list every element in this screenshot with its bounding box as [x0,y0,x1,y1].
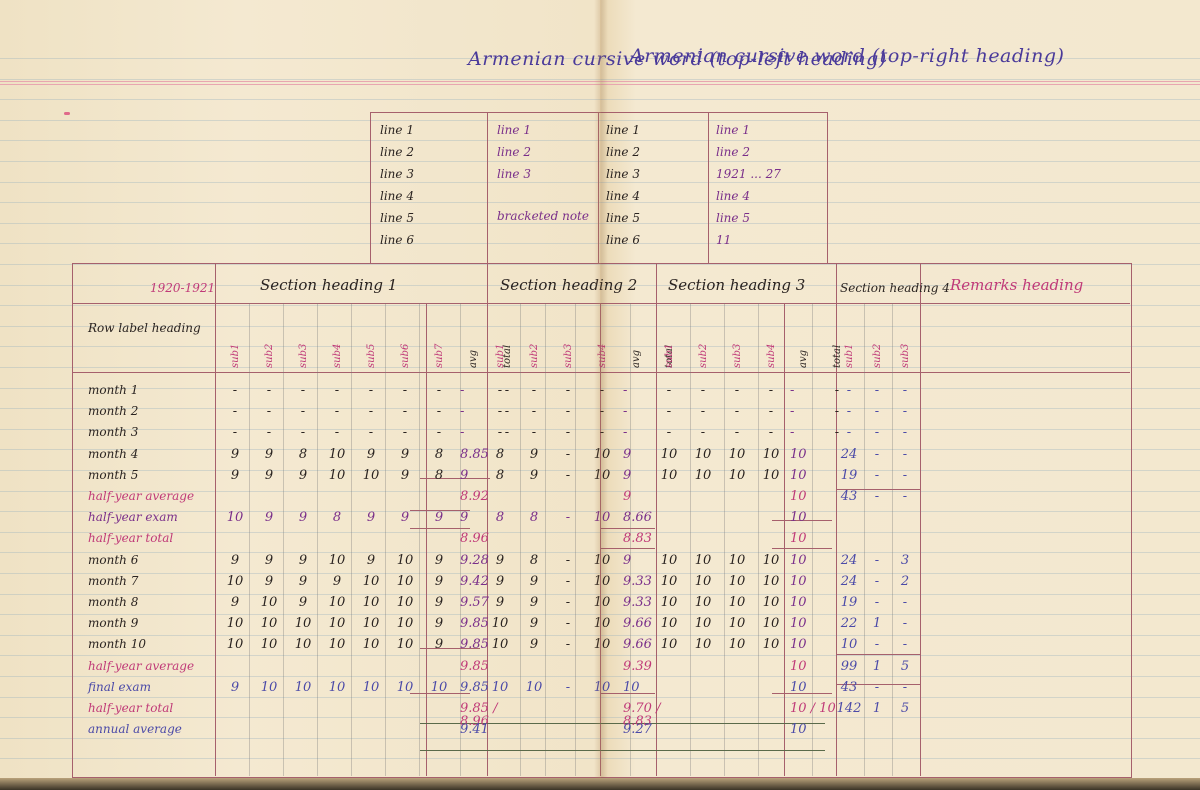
avg-divider-g3 [784,303,785,776]
grade-cell: 10 [254,681,284,694]
subcolumn-line [724,303,725,776]
subcolumn-header-g1: avg [468,350,479,368]
info-line: line 2 [380,146,414,158]
grade-cell: 8 [424,448,454,461]
grade-cell: 10 [756,448,786,461]
grade-cell: 9 [424,575,454,588]
info-line: line 2 [606,146,640,158]
grade-cell: - [519,405,549,418]
grade-cell: - [862,448,892,461]
avg-divider-g1 [426,303,427,776]
grade-cell: 10 [654,554,684,567]
grade-cell: 10 [288,681,318,694]
grade-cell: - [722,426,752,439]
grade-cell: 9 [623,490,671,503]
row-label: month 5 [88,469,138,481]
grade-cell: - [553,448,583,461]
grade-cell: 8.83 [623,532,671,545]
grade-cell: - [356,384,386,397]
grade-cell: 10 [756,575,786,588]
group-divider [920,263,921,776]
grade-cell: - [862,405,892,418]
subcolumn-header-g1: sub4 [332,344,343,368]
subcolumn-header-g1: sub5 [366,344,377,368]
grade-cell: 9 [519,448,549,461]
subtotal-line [836,654,920,655]
grade-cell: 9 [288,596,318,609]
grade-cell: 9 [356,448,386,461]
grade-cell: - [322,426,352,439]
grade-cell: 9 [424,596,454,609]
grade-cell: - [322,384,352,397]
grade-cell: - [424,384,454,397]
grade-cell: 8.66 [623,511,671,524]
grade-cell: - [834,405,864,418]
subcolumn-line [575,303,576,776]
grade-cell: 10 [654,596,684,609]
avg-underline [600,548,655,549]
grade-cell: 10 [356,638,386,651]
grade-cell: - [485,384,515,397]
grade-cell: - [862,469,892,482]
grade-cell: 9 [424,554,454,567]
subcolumn-header-g1: sub3 [298,344,309,368]
grade-cell: 10 [485,638,515,651]
grade-cell: 9.27 [623,723,671,736]
grade-cell: 9 [390,469,420,482]
grade-cell: 99 [834,660,864,673]
subcolumn-header-g4: sub2 [872,344,883,368]
grade-cell: 9 [356,554,386,567]
grade-cell: 10 [322,638,352,651]
grade-cell: - [553,426,583,439]
grade-cell: 9 [519,575,549,588]
grade-cell: 8 [485,511,515,524]
grade-cell: - [254,384,284,397]
grade-cell: - [390,384,420,397]
grade-cell: 9 [254,575,284,588]
subcolumn-header-g3: sub1 [664,344,675,368]
grade-cell: 10 [688,554,718,567]
grade-cell: 10 [356,575,386,588]
grade-cell: 9.41 [460,723,508,736]
subcolumn-header-g1: sub2 [264,344,275,368]
grade-cell: - [356,405,386,418]
grade-cell: 10 [356,596,386,609]
grade-cell: - [722,384,752,397]
grade-cell: 10 [322,554,352,567]
grade-cell: 8 [424,469,454,482]
grade-cell: - [288,405,318,418]
grade-cell: 10 [688,448,718,461]
subcolumn-header-g2: sub3 [563,344,574,368]
grade-cell: 5 [890,702,920,715]
grade-cell: 10 [722,469,752,482]
subcolumn-line [520,303,521,776]
grade-cell: - [553,596,583,609]
grade-cell: - [890,448,920,461]
grade-cell: 9 [424,617,454,630]
grade-cell: 9 [424,638,454,651]
row-label: half-year total [88,532,173,544]
info-line: line 5 [380,212,414,224]
subcolumn-header-g2: sub1 [495,344,506,368]
grade-cell: 10 [722,617,752,630]
row-label: month 1 [88,384,138,396]
grade-cell: 10 [356,469,386,482]
group-heading-1: Section heading 1 [260,278,397,293]
grade-cell: 10 [688,469,718,482]
subcolumn-line [385,303,386,776]
grade-cell: - [688,405,718,418]
grade-cell: - [654,405,684,418]
avg-underline [410,528,470,529]
grade-cell: - [862,638,892,651]
grade-cell: 9 [485,554,515,567]
grade-cell: 10 [834,638,864,651]
subcolumn-header-g1: sub1 [230,344,241,368]
subcolumn-line [419,303,420,776]
subcolumn-header-g2: avg [631,350,642,368]
grade-cell: 8 [322,511,352,524]
right-page-title: Armenian cursive word (top-right heading… [630,45,1064,67]
info-line: line 1 [497,124,531,136]
grade-cell: - [424,405,454,418]
row-label: half-year average [88,490,194,502]
grade-cell: 9 [220,554,250,567]
grade-cell: 8 [485,469,515,482]
grade-cell: 9 [288,469,318,482]
info-line: line 3 [380,168,414,180]
grade-cell: 10 [790,532,838,545]
grade-cell: 9 [288,554,318,567]
grade-cell: - [890,638,920,651]
info-line: line 6 [380,234,414,246]
grade-cell: - [890,469,920,482]
subcolumn-line [690,303,691,776]
grade-cell: - [688,426,718,439]
grade-cell: - [553,469,583,482]
grade-cell: 10 [756,638,786,651]
grade-cell: 10 [390,681,420,694]
grade-cell: 10 [254,638,284,651]
group-heading-2: Section heading 2 [500,278,637,293]
grade-cell: 10 [790,575,838,588]
info-line: line 4 [716,190,750,202]
grade-cell: 10 [756,554,786,567]
grade-cell: - [485,405,515,418]
row-label: month 2 [88,405,138,417]
grade-cell: - [890,405,920,418]
remarks-heading: Remarks heading [950,278,1083,293]
grade-cell: 9 [322,575,352,588]
grade-cell: 9 [254,448,284,461]
subcolumn-header-g3: sub2 [698,344,709,368]
grade-cell: 10 [756,469,786,482]
group-divider [215,263,216,776]
grade-cell: 9 [485,575,515,588]
grade-cell: 10 [390,596,420,609]
grade-cell: - [890,384,920,397]
grade-cell: 142 [834,702,864,715]
row-label: month 3 [88,426,138,438]
grade-cell: - [288,426,318,439]
grade-cell: 10 [688,638,718,651]
subcolumn-header-g3: avg [798,350,809,368]
group-heading-3: Section heading 3 [668,278,805,293]
grade-cell: - [553,638,583,651]
book-edge [0,778,1200,790]
grade-cell: 10 [390,617,420,630]
grade-cell: 10 [790,490,838,503]
subcolumn-header-g3: total [832,345,843,368]
grade-cell: 10 [756,617,786,630]
grade-cell: 10 [322,681,352,694]
book-gutter [594,0,608,790]
grade-cell: 10 [519,681,549,694]
grade-cell: 8.96 [460,532,508,545]
grade-cell: 24 [834,448,864,461]
info-line: line 1 [606,124,640,136]
row-label-heading: Row label heading [88,322,201,334]
grade-cell: 10 [220,511,250,524]
grade-cell: 10 [654,469,684,482]
grade-cell: 19 [834,469,864,482]
avg-underline [600,528,655,529]
grade-cell: 10 [790,448,838,461]
grade-cell: 1 [862,617,892,630]
grade-cell: 10 [790,617,838,630]
grade-cell: - [654,384,684,397]
row-label: month 6 [88,554,138,566]
grade-cell: 9 [424,511,454,524]
grade-cell: 10 [790,638,838,651]
subcolumn-header-g1: sub6 [400,344,411,368]
grade-cell: 10 [322,448,352,461]
subcolumn-header-g1: sub7 [434,344,445,368]
info-line: line 2 [497,146,531,158]
grade-cell: - [553,405,583,418]
grade-cell: 9 [254,554,284,567]
grade-cell: 22 [834,617,864,630]
grade-cell: 10 [688,617,718,630]
grade-cell: 9 [519,469,549,482]
grade-cell: - [254,426,284,439]
grade-cell: - [862,426,892,439]
info-line: bracketed note [497,210,589,222]
grade-cell: 10 [254,596,284,609]
grade-cell: 10 [722,575,752,588]
grade-cell: 10 [220,638,250,651]
grade-cell: 43 [834,681,864,694]
grade-cell: - [862,490,892,503]
grade-cell: - [553,617,583,630]
grade-cell: 5 [890,660,920,673]
grade-cell: - [890,426,920,439]
grade-cell: 8.92 [460,490,508,503]
info-line: line 4 [380,190,414,202]
grade-cell: - [890,596,920,609]
info-line: line 6 [606,234,640,246]
grade-cell: 10 [790,596,838,609]
grade-cell: 8 [519,554,549,567]
grade-cell: 10 [623,681,671,694]
grade-cell: 10 [790,723,838,736]
grade-cell: 10 [424,681,454,694]
grade-cell: - [220,384,250,397]
grade-cell: 10 [485,681,515,694]
total-line [420,750,825,751]
grade-cell: 10 [722,638,752,651]
grade-cell: 10 [288,638,318,651]
grade-cell: - [890,681,920,694]
grade-cell: 10 [390,575,420,588]
grade-cell: 10 [254,617,284,630]
grade-cell: - [834,426,864,439]
grade-cell: - [722,405,752,418]
row-label: half-year exam [88,511,178,523]
grade-cell: - [553,681,583,694]
grade-cell: 1 [862,660,892,673]
grade-cell: - [890,617,920,630]
grade-cell: - [519,384,549,397]
grade-cell: - [485,426,515,439]
grade-cell: 9.85 [460,660,508,673]
grade-cell: 24 [834,554,864,567]
subcolumn-line [283,303,284,776]
grade-cell: - [553,575,583,588]
row-label: month 10 [88,638,146,650]
grade-cell: 9 [519,617,549,630]
info-line: line 5 [716,212,750,224]
grade-cell: - [553,511,583,524]
row-label: month 8 [88,596,138,608]
grade-cell: 24 [834,575,864,588]
grade-cell: 9 [220,469,250,482]
grade-cell: 9 [288,575,318,588]
grade-cell: - [254,405,284,418]
info-line: line 1 [716,124,750,136]
grade-cell: - [862,596,892,609]
grade-cell: 9 [254,511,284,524]
subcolumn-header-g2: sub2 [529,344,540,368]
row-label: half-year average [88,660,194,672]
row-label: annual average [88,723,182,735]
grade-cell: 10 [722,554,752,567]
grade-cell: 10 / 10 [790,702,838,715]
row-label: final exam [88,681,151,693]
grade-cell: 10 [722,448,752,461]
grade-cell: - [654,426,684,439]
ink-mark [64,112,70,115]
grade-cell: 10 [322,596,352,609]
grade-cell: 1 [862,702,892,715]
grade-cell: 10 [722,596,752,609]
info-line: 11 [716,234,731,246]
grade-cell: 43 [834,490,864,503]
row-label: month 4 [88,448,138,460]
grade-cell: - [356,426,386,439]
grade-cell: 9.39 [623,660,671,673]
grade-cell: 8 [288,448,318,461]
grade-cell: - [322,405,352,418]
subcolumn-header-g3: sub4 [766,344,777,368]
subcolumn-header-g4: sub1 [844,344,855,368]
grade-cell: 9 [390,448,420,461]
grade-cell: - [553,554,583,567]
grade-cell: 10 [322,617,352,630]
grade-cell: 10 [220,575,250,588]
subcolumn-line [545,303,546,776]
grade-cell: - [220,405,250,418]
grade-cell: 8 [485,448,515,461]
grade-cell: - [756,405,786,418]
grade-cell: 10 [485,617,515,630]
info-line: line 3 [606,168,640,180]
grade-cell: 10 [356,617,386,630]
grade-cell: 10 [790,511,838,524]
grade-cell: - [390,405,420,418]
grade-cell: 10 [790,554,838,567]
grade-cell: 10 [688,596,718,609]
avg-underline [772,548,832,549]
grade-cell: 10 [790,660,838,673]
grade-cell: - [288,384,318,397]
grade-cell: - [834,384,864,397]
row-label: half-year total [88,702,173,714]
grade-cell: 9 [485,596,515,609]
grade-cell: 10 [220,617,250,630]
grade-cell: 9 [519,638,549,651]
grade-cell: 9 [220,596,250,609]
grade-cell: 9 [356,511,386,524]
info-line: line 4 [606,190,640,202]
info-line: line 2 [716,146,750,158]
grade-cell: 10 [688,575,718,588]
grade-cell: 3 [890,554,920,567]
group-heading-4: Section heading 4 [840,282,950,294]
subcolumn-line [758,303,759,776]
grade-cell: 10 [756,596,786,609]
grade-cell: 10 [790,469,838,482]
grade-cell: 10 [654,617,684,630]
info-line: line 3 [497,168,531,180]
grade-cell: 2 [890,575,920,588]
info-line: line 1 [380,124,414,136]
info-divider-1 [487,112,488,264]
grade-cell: - [862,575,892,588]
subcolumn-line [351,303,352,776]
info-line: line 5 [606,212,640,224]
grade-cell: - [220,426,250,439]
grade-cell: 10 [654,575,684,588]
grade-cell: 9 [288,511,318,524]
grade-cell: 9 [220,681,250,694]
grade-cell: - [519,426,549,439]
row-label: month 9 [88,617,138,629]
grade-cell: - [553,384,583,397]
grade-cell: - [890,490,920,503]
subcolumn-header-g3: sub3 [732,344,743,368]
grade-cell: - [688,384,718,397]
grade-cell: 9 [519,596,549,609]
grade-cell: 10 [790,681,838,694]
grade-cell: 10 [654,448,684,461]
subcolumn-line [249,303,250,776]
grade-cell: 9 [254,469,284,482]
grade-cell: - [862,681,892,694]
subcolumn-header-g4: sub3 [900,344,911,368]
